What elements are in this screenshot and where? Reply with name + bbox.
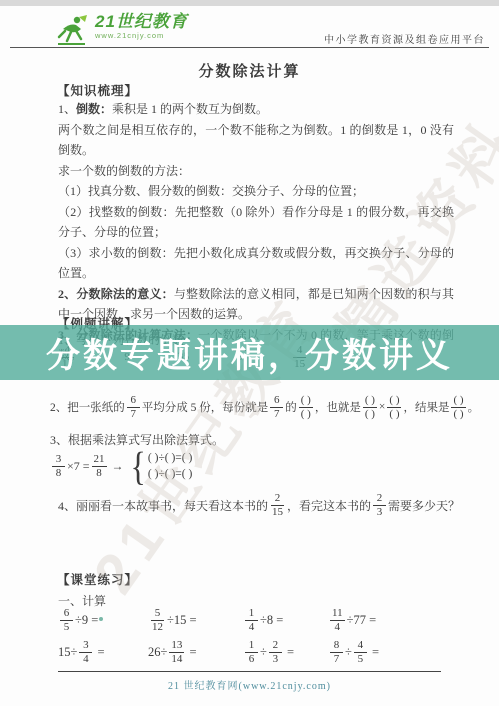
practice-problem: 87÷45 = — [328, 636, 379, 668]
math-text: 平均分成 5 份，每份就是 — [142, 399, 269, 415]
footer-divider — [58, 671, 441, 672]
math-text: 26÷ — [148, 645, 167, 660]
fraction: 67 — [270, 394, 283, 420]
practice-problem: 65÷9 = — [58, 604, 98, 636]
item-term: 2、分数除法的意义： — [58, 287, 174, 301]
practice-problem: 16÷23 = — [243, 636, 294, 668]
example-q2: 2、把一张纸的67平均分成 5 份，每份就是67的( )( )，也就是( )( … — [50, 392, 479, 422]
knowledge-item: 1、倒数：乘积是 1 的两个数互为倒数。 — [58, 99, 454, 120]
math-text: 4、丽丽看一本故事书，每天看这本书的 — [58, 497, 268, 514]
fraction: ( )( ) — [299, 394, 313, 420]
math-text: 。 — [468, 399, 480, 415]
platform-tagline: 中小学教育资源及组卷应用平台 — [324, 31, 485, 46]
fraction: 114 — [330, 607, 345, 633]
knowledge-item: 求一个数的倒数的方法： — [58, 161, 454, 182]
math-text: ，也就是 — [315, 399, 361, 415]
fraction: ( )( ) — [363, 394, 377, 420]
fraction: 14 — [245, 607, 258, 633]
math-text: ÷ — [260, 645, 267, 660]
math-text: ×7 = — [67, 459, 90, 474]
math-text: ÷8 = — [260, 613, 283, 628]
math-text: = — [369, 645, 379, 660]
math-text: = — [284, 645, 294, 660]
fraction: 87 — [330, 639, 343, 665]
page-title: 分数除法计算 — [0, 60, 499, 81]
math-text: 2、把一张纸的 — [50, 399, 125, 415]
item-text: 乘积是 1 的两个数互为倒数。 — [112, 102, 268, 116]
header-divider — [10, 47, 489, 48]
math-text: ，看完这本书的 — [287, 497, 371, 514]
knowledge-item: （1）找真分数、假分数的倒数：交换分子、分母的位置； — [58, 181, 454, 202]
fraction: 23 — [373, 492, 386, 518]
promo-banner-text: 分数专题讲稿，分数讲义 — [46, 328, 453, 377]
practice-problem: 26÷1314 = — [148, 636, 197, 668]
practice-problem: 15÷34 = — [58, 636, 105, 668]
knowledge-item: （2）找整数的倒数：先把整数（0 除外）看作分母是 1 的假分数，再交换分子、分… — [58, 202, 454, 243]
example-q4: 4、丽丽看一本故事书，每天看这本书的215，看完这本书的23需要多少天？ — [58, 490, 460, 520]
q3-blank-line: ( )÷( )=( ) — [148, 450, 192, 466]
logo-title: 21世纪教育 — [95, 13, 188, 30]
fraction: 45 — [354, 639, 367, 665]
knowledge-item: （3）求小数的倒数：先把小数化成真分数或假分数，再交换分子、分母的位置。 — [58, 243, 454, 284]
example-q3-equation: 38×7 =218 → { ( )÷( )=( ) ( )÷( )=( ) — [50, 448, 192, 484]
scan-edge — [0, 0, 499, 6]
footer-site-text: 21 世纪教育网(www.21cnjy.com) — [0, 677, 499, 692]
fraction: ( )( ) — [451, 394, 465, 420]
logo-site-url: www.21cnjy.com — [95, 32, 188, 40]
math-text: → — [109, 459, 127, 474]
item-number: 1、 — [58, 102, 76, 116]
item-text: （3）求小数的倒数：先把小数化成真分数或假分数，再交换分子、分母的位置。 — [58, 246, 454, 281]
fraction: 512 — [150, 607, 165, 633]
fraction: 16 — [245, 639, 258, 665]
promo-banner: 分数专题讲稿，分数讲义 — [0, 325, 499, 380]
knowledge-item: 两个数之间是相互依存的，一个数不能称之为倒数。1 的倒数是 1，0 没有倒数。 — [58, 120, 454, 161]
item-term: 倒数： — [76, 102, 112, 116]
math-text: = — [94, 645, 104, 660]
fraction: 215 — [270, 492, 285, 518]
brace-glyph: { — [131, 443, 146, 489]
q3-equation-left: 38×7 =218 → — [50, 453, 127, 479]
item-text: （2）找整数的倒数：先把整数（0 除外）看作分母是 1 的假分数，再交换分子、分… — [58, 205, 454, 240]
scan-artifact-dot — [99, 617, 103, 621]
math-text: 的 — [285, 399, 297, 415]
logo-text: 21世纪教育 www.21cnjy.com — [95, 13, 188, 40]
practice-heading: 【课堂练习】 — [57, 570, 138, 588]
practice-problem: 14÷8 = — [243, 604, 283, 636]
q3-blank-lines: ( )÷( )=( ) ( )÷( )=( ) — [148, 450, 192, 482]
math-text: ，结果是 — [403, 399, 449, 415]
item-text: （1）找真分数、假分数的倒数：交换分子、分母的位置； — [58, 184, 364, 198]
math-text: × — [379, 401, 386, 413]
fraction: 38 — [52, 453, 65, 479]
math-text: ÷ — [345, 645, 352, 660]
fraction: ( )( ) — [387, 394, 401, 420]
practice-problem: 114÷77 = — [328, 604, 376, 636]
math-text: 15÷ — [58, 645, 77, 660]
q3-blank-line: ( )÷( )=( ) — [148, 466, 192, 482]
math-text: ÷77 = — [347, 613, 377, 628]
item-text: 求一个数的倒数的方法： — [58, 164, 190, 178]
fraction: 23 — [269, 639, 282, 665]
item-text: 两个数之间是相互依存的，一个数不能称之为倒数。1 的倒数是 1，0 没有倒数。 — [58, 123, 454, 158]
math-text: ÷15 = — [167, 613, 197, 628]
fraction: 218 — [92, 453, 107, 479]
fraction: 34 — [79, 639, 92, 665]
worksheet-page: 精选资料 21世纪教育 21世纪教育 www.21cnjy.com 中小学教育资… — [0, 0, 499, 706]
fraction: 1314 — [169, 639, 184, 665]
fraction: 67 — [127, 394, 140, 420]
practice-problem: 512÷15 = — [148, 604, 197, 636]
knowledge-heading: 【知识梳理】 — [57, 81, 138, 99]
math-text: = — [186, 645, 196, 660]
fraction: 65 — [60, 607, 73, 633]
math-text: ÷9 = — [75, 613, 98, 628]
math-text: 需要多少天？ — [388, 497, 460, 514]
